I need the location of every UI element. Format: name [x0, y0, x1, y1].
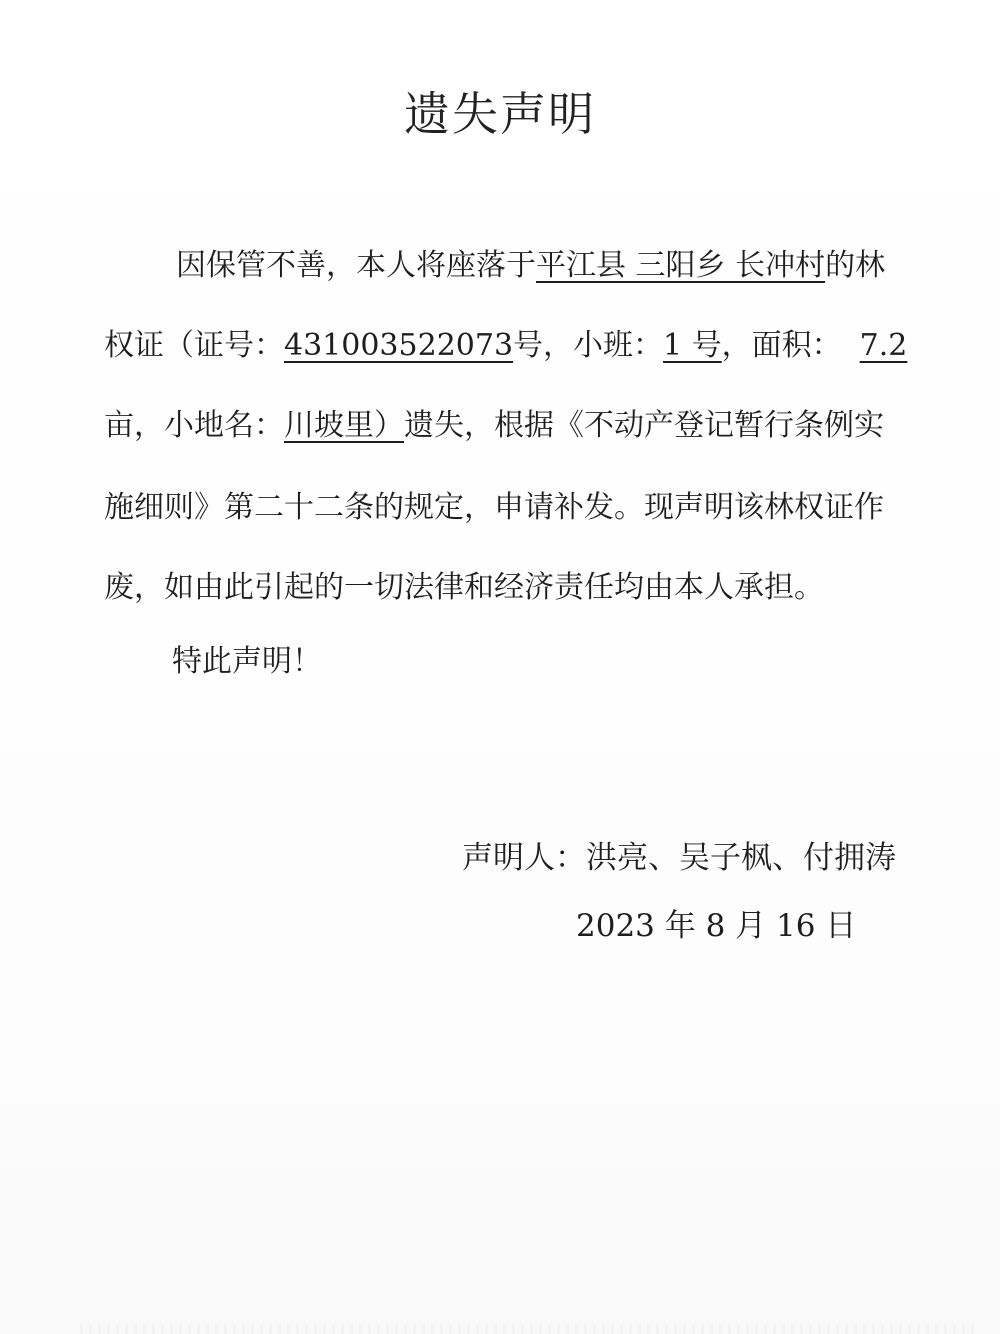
closing-statement: 特此声明！ — [172, 642, 1000, 682]
declarants-line: 声明人：洪亮、吴子枫、付拥涛 — [462, 838, 896, 878]
plot-number-field: 1 号 — [663, 328, 722, 363]
line2-text-2: 号，小班： — [513, 328, 663, 363]
line1-suffix: 的林 — [825, 248, 885, 283]
declaration-date: 2023 年 8 月 16 日 — [576, 906, 856, 946]
document-page: 遗失声明 因保管不善，本人将座落于平江县 三阳乡 长冲村的林 权证（证号：431… — [0, 0, 1000, 1334]
paragraph-line-4: 施细则》第二十二条的规定，申请补发。现声明该林权证作 — [104, 488, 966, 528]
paragraph-line-5: 废，如由此引起的一切法律和经济责任均由本人承担。 — [104, 568, 966, 608]
declarants-names: 洪亮、吴子枫、付拥涛 — [586, 840, 896, 876]
document-title: 遗失声明 — [0, 78, 1000, 144]
paragraph-line-3: 亩，小地名：川坡里）遗失，根据《不动产登记暂行条例实 — [104, 406, 966, 446]
area-field: 7.2 — [860, 328, 908, 363]
line3-text-1: 亩，小地名： — [104, 408, 284, 443]
certificate-number-field: 431003522073 — [284, 328, 513, 363]
paragraph-line-2: 权证（证号：431003522073号，小班：1 号，面积：7.2 — [104, 326, 966, 366]
paragraph-line-1: 因保管不善，本人将座落于平江县 三阳乡 长冲村的林 — [176, 246, 966, 286]
line3-text-2: 遗失，根据《不动产登记暂行条例实 — [404, 408, 884, 443]
line2-text-3: ，面积： — [722, 328, 842, 363]
location-field: 平江县 三阳乡 长冲村 — [536, 248, 825, 283]
declarants-label: 声明人： — [462, 840, 586, 876]
place-name-field: 川坡里） — [284, 408, 404, 443]
line1-prefix: 因保管不善，本人将座落于 — [176, 248, 536, 283]
scan-artifact — [80, 1324, 980, 1334]
line2-text-1: 权证（证号： — [104, 328, 284, 363]
